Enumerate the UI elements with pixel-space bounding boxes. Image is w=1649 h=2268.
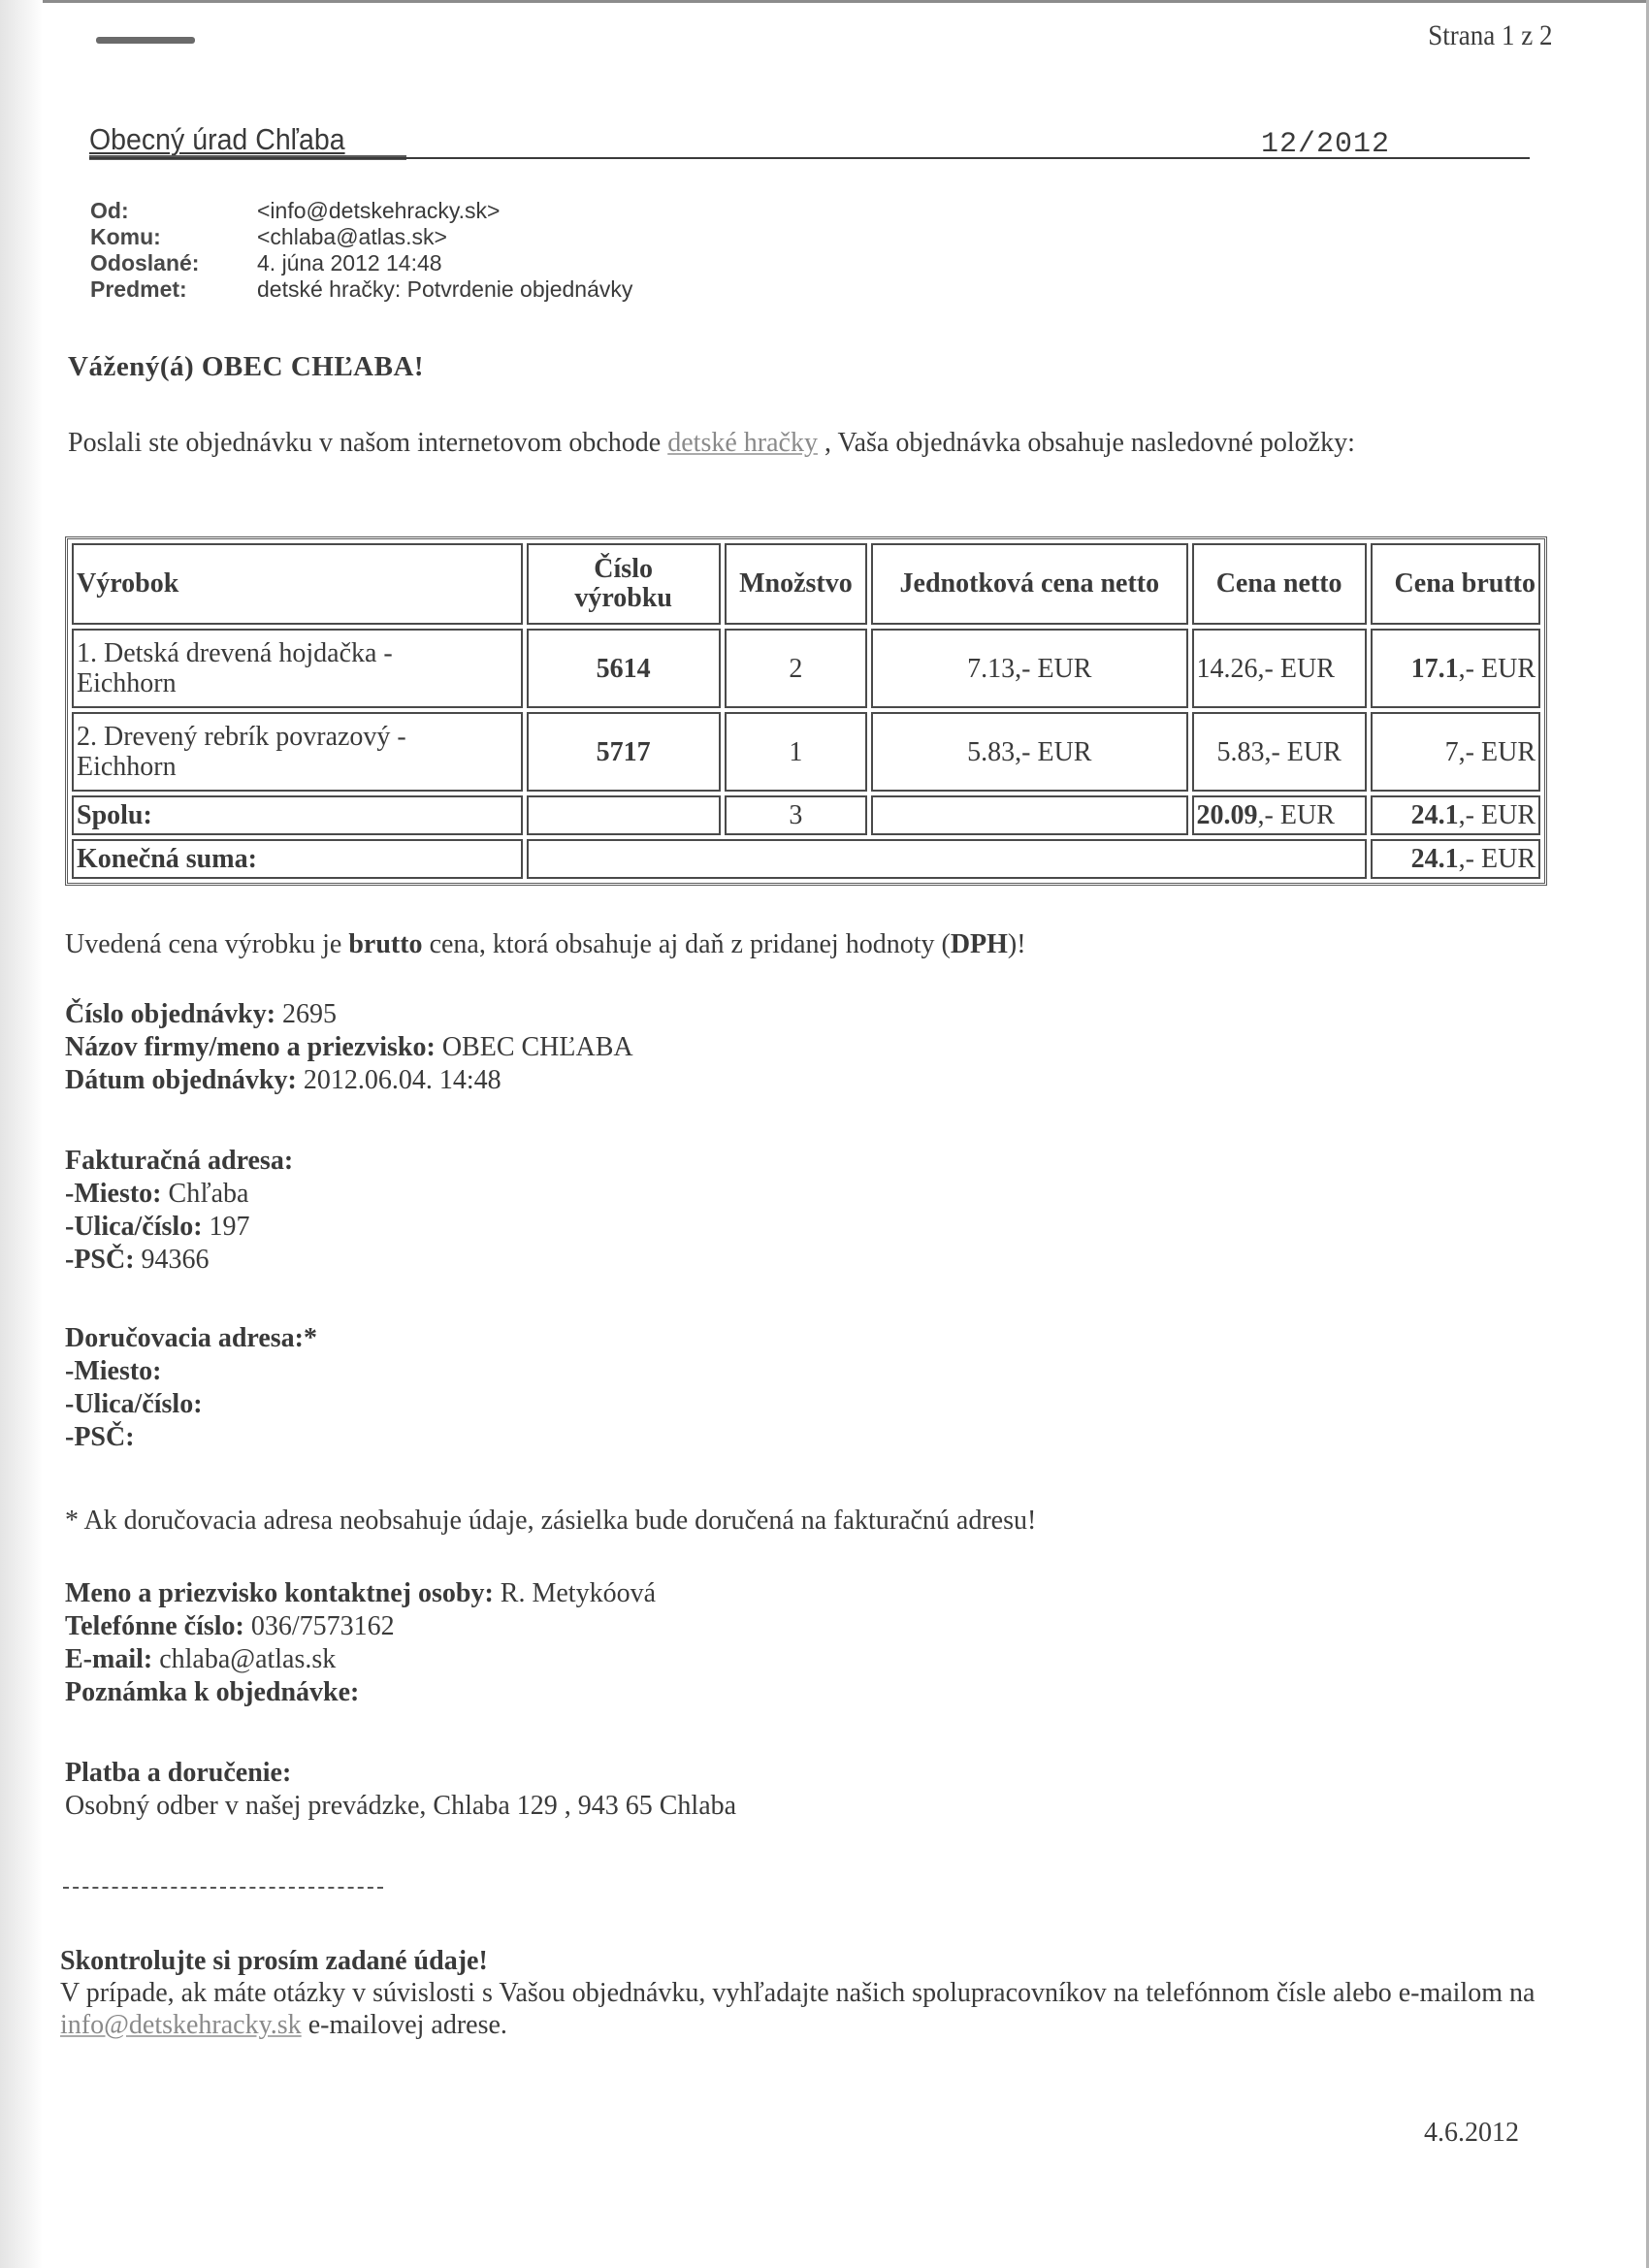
- field-label: E-mail:: [65, 1644, 152, 1674]
- field-label: Poznámka k objednávke:: [65, 1677, 359, 1707]
- price-brutto-value: 17.1: [1411, 654, 1459, 684]
- order-table: Výrobok Číslovýrobku Množstvo Jednotková…: [65, 536, 1547, 886]
- header-to: Komu: <chlaba@atlas.sk>: [90, 224, 632, 250]
- field-value: R. Metykóová: [494, 1578, 656, 1608]
- final-sum-empty: [527, 839, 1367, 879]
- header-value[interactable]: <info@detskehracky.sk>: [257, 198, 500, 224]
- vat-note-brutto: brutto: [348, 929, 422, 959]
- field-label: -PSČ:: [65, 1245, 135, 1275]
- total-label: Spolu:: [72, 795, 523, 835]
- field-value: 197: [203, 1212, 250, 1242]
- table-header-row: Výrobok Číslovýrobku Množstvo Jednotková…: [72, 543, 1540, 625]
- header-label: Predmet:: [90, 276, 257, 303]
- unit-price: 7.13,- EUR: [871, 629, 1187, 708]
- closing-section: Skontrolujte si prosím zadané údaje! V p…: [60, 1945, 1554, 2041]
- delivery-address: Doručovacia adresa:* -Miesto: -Ulica/čís…: [65, 1322, 317, 1454]
- final-sum-row: Konečná suma: 24.1,- EUR: [72, 839, 1540, 879]
- product-name-line2: Eichhorn: [77, 752, 177, 782]
- header-value[interactable]: <chlaba@atlas.sk>: [257, 224, 447, 250]
- product-name-line2: Eichhorn: [77, 668, 177, 698]
- billing-street: -Ulica/číslo: 197: [65, 1211, 293, 1244]
- total-netto-suffix: ,- EUR: [1258, 800, 1335, 830]
- product-quantity: 1: [725, 712, 867, 792]
- scan-edge-top: [43, 0, 1649, 3]
- greeting: Vážený(á) OBEC CHĽABA!: [68, 351, 424, 383]
- field-label: Číslo objednávky:: [65, 999, 275, 1029]
- logo-mark: [96, 37, 195, 44]
- vat-note-text: Uvedená cena výrobku je: [65, 929, 348, 959]
- field-value: 036/7573162: [244, 1611, 395, 1641]
- payment-value: Osobný odber v našej prevádzke, Chlaba 1…: [65, 1790, 736, 1823]
- closing-text: e-mailovej adrese.: [302, 2010, 507, 2040]
- document-number: 12/2012: [1261, 128, 1390, 161]
- billing-address: Fakturačná adresa: -Miesto: Chľaba -Ulic…: [65, 1145, 293, 1277]
- intro-paragraph: Poslali ste objednávku v našom interneto…: [68, 428, 1552, 459]
- delivery-note: * Ak doručovacia adresa neobsahuje údaje…: [65, 1505, 1036, 1538]
- product-name-line1: 1. Detská drevená hojdačka -: [77, 638, 393, 668]
- contact-person: Meno a priezvisko kontaktnej osoby: R. M…: [65, 1577, 656, 1610]
- field-label: -Miesto:: [65, 1179, 162, 1209]
- product-name: 1. Detská drevená hojdačka -Eichhorn: [72, 629, 523, 708]
- vat-note-text: cena, ktorá obsahuje aj daň z pridanej h…: [423, 929, 951, 959]
- order-date: Dátum objednávky: 2012.06.04. 14:48: [65, 1064, 633, 1097]
- product-code: 5717: [527, 712, 721, 792]
- table-row: 2. Drevený rebrík povrazový -Eichhorn 57…: [72, 712, 1540, 792]
- header-quantity: Množstvo: [725, 543, 867, 625]
- closing-title: Skontrolujte si prosím zadané údaje!: [60, 1945, 1554, 1977]
- field-label: Názov firmy/meno a priezvisko:: [65, 1032, 436, 1062]
- billing-zip: -PSČ: 94366: [65, 1244, 293, 1277]
- price-netto: 5.83,- EUR: [1192, 712, 1367, 792]
- billing-city: -Miesto: Chľaba: [65, 1178, 293, 1211]
- table-row: 1. Detská drevená hojdačka -Eichhorn 561…: [72, 629, 1540, 708]
- delivery-zip: -PSČ:: [65, 1421, 317, 1454]
- price-brutto-suffix: ,- EUR: [1459, 654, 1536, 684]
- header-subject: Predmet: detské hračky: Potvrdenie objed…: [90, 276, 632, 303]
- header-code-line1: Číslo: [594, 554, 653, 584]
- delivery-street: -Ulica/číslo:: [65, 1388, 317, 1421]
- header-value: 4. júna 2012 14:48: [257, 250, 442, 276]
- price-brutto-value: 7: [1445, 737, 1459, 767]
- separator-line: [63, 1887, 383, 1889]
- price-netto: 14.26,- EUR: [1192, 629, 1367, 708]
- delivery-address-title: Doručovacia adresa:*: [65, 1322, 317, 1355]
- header-price-netto: Cena netto: [1192, 543, 1367, 625]
- scan-edge-left: [0, 0, 43, 2268]
- final-sum-value: 24.1: [1411, 844, 1459, 874]
- unit-price: 5.83,- EUR: [871, 712, 1187, 792]
- field-label: -PSČ:: [65, 1422, 135, 1452]
- field-label: -Ulica/číslo:: [65, 1389, 203, 1419]
- intro-text: Poslali ste objednávku v našom interneto…: [68, 428, 667, 458]
- final-sum-label: Konečná suma:: [72, 839, 523, 879]
- support-email-link[interactable]: info@detskehracky.sk: [60, 2010, 302, 2040]
- payment-delivery: Platba a doručenie: Osobný odber v našej…: [65, 1757, 736, 1823]
- product-quantity: 2: [725, 629, 867, 708]
- vat-note-text: )!: [1008, 929, 1026, 959]
- order-info: Číslo objednávky: 2695 Názov firmy/meno …: [65, 998, 633, 1097]
- total-unit-empty: [871, 795, 1187, 835]
- email-header: Od: <info@detskehracky.sk> Komu: <chlaba…: [90, 198, 632, 303]
- header-code-line2: výrobku: [574, 583, 672, 613]
- print-date: 4.6.2012: [1424, 2118, 1519, 2149]
- total-netto: 20.09,- EUR: [1192, 795, 1367, 835]
- product-code: 5614: [527, 629, 721, 708]
- total-brutto-value: 24.1: [1411, 800, 1459, 830]
- total-brutto-suffix: ,- EUR: [1459, 800, 1536, 830]
- header-code: Číslovýrobku: [527, 543, 721, 625]
- price-brutto: 17.1,- EUR: [1371, 629, 1540, 708]
- contact-phone: Telefónne číslo: 036/7573162: [65, 1610, 656, 1643]
- customer-name: Názov firmy/meno a priezvisko: OBEC CHĽA…: [65, 1031, 633, 1064]
- field-label: -Ulica/číslo:: [65, 1212, 203, 1242]
- field-value: chlaba@atlas.sk: [152, 1644, 336, 1674]
- total-brutto: 24.1,- EUR: [1371, 795, 1540, 835]
- header-label: Od:: [90, 198, 257, 224]
- intro-text: , Vaša objednávka obsahuje nasledovné po…: [818, 428, 1355, 458]
- field-label: -Miesto:: [65, 1356, 162, 1386]
- closing-text: V prípade, ak máte otázky v súvislosti s…: [60, 1978, 1535, 2008]
- field-value: Chľaba: [162, 1179, 249, 1209]
- field-value: OBEC CHĽABA: [436, 1032, 633, 1062]
- field-value: 2695: [275, 999, 337, 1029]
- product-name: 2. Drevený rebrík povrazový -Eichhorn: [72, 712, 523, 792]
- vat-note: Uvedená cena výrobku je brutto cena, kto…: [65, 929, 1026, 960]
- contact-info: Meno a priezvisko kontaktnej osoby: R. M…: [65, 1577, 656, 1709]
- header-value: detské hračky: Potvrdenie objednávky: [257, 276, 632, 303]
- closing-paragraph: V prípade, ak máte otázky v súvislosti s…: [60, 1977, 1554, 2041]
- field-label: Telefónne číslo:: [65, 1611, 244, 1641]
- header-unit-price: Jednotková cena netto: [871, 543, 1187, 625]
- final-sum-suffix: ,- EUR: [1459, 844, 1536, 874]
- total-code-empty: [527, 795, 721, 835]
- final-sum-brutto: 24.1,- EUR: [1371, 839, 1540, 879]
- header-product: Výrobok: [72, 543, 523, 625]
- total-row: Spolu: 3 20.09,- EUR 24.1,- EUR: [72, 795, 1540, 835]
- product-name-line1: 2. Drevený rebrík povrazový -: [77, 722, 406, 752]
- price-brutto: 7,- EUR: [1371, 712, 1540, 792]
- contact-email: E-mail: chlaba@atlas.sk: [65, 1643, 656, 1676]
- price-brutto-suffix: ,- EUR: [1459, 737, 1536, 767]
- field-label: Meno a priezvisko kontaktnej osoby:: [65, 1578, 494, 1608]
- order-note: Poznámka k objednávke:: [65, 1676, 656, 1709]
- organization-title: Obecný úrad Chľaba: [89, 122, 345, 157]
- header-from: Od: <info@detskehracky.sk>: [90, 198, 632, 224]
- total-quantity: 3: [725, 795, 867, 835]
- delivery-city: -Miesto:: [65, 1355, 317, 1388]
- shop-link[interactable]: detské hračky: [667, 428, 818, 458]
- order-number: Číslo objednávky: 2695: [65, 998, 633, 1031]
- total-netto-value: 20.09: [1197, 800, 1258, 830]
- header-label: Odoslané:: [90, 250, 257, 276]
- header-price-brutto: Cena brutto: [1371, 543, 1540, 625]
- vat-note-dph: DPH: [951, 929, 1008, 959]
- field-value: 94366: [135, 1245, 210, 1275]
- field-value: 2012.06.04. 14:48: [297, 1065, 501, 1095]
- page-counter: Strana 1 z 2: [1428, 19, 1552, 52]
- header-sent: Odoslané: 4. júna 2012 14:48: [90, 250, 632, 276]
- payment-title: Platba a doručenie:: [65, 1757, 736, 1790]
- billing-address-title: Fakturačná adresa:: [65, 1145, 293, 1178]
- field-label: Dátum objednávky:: [65, 1065, 297, 1095]
- header-label: Komu:: [90, 224, 257, 250]
